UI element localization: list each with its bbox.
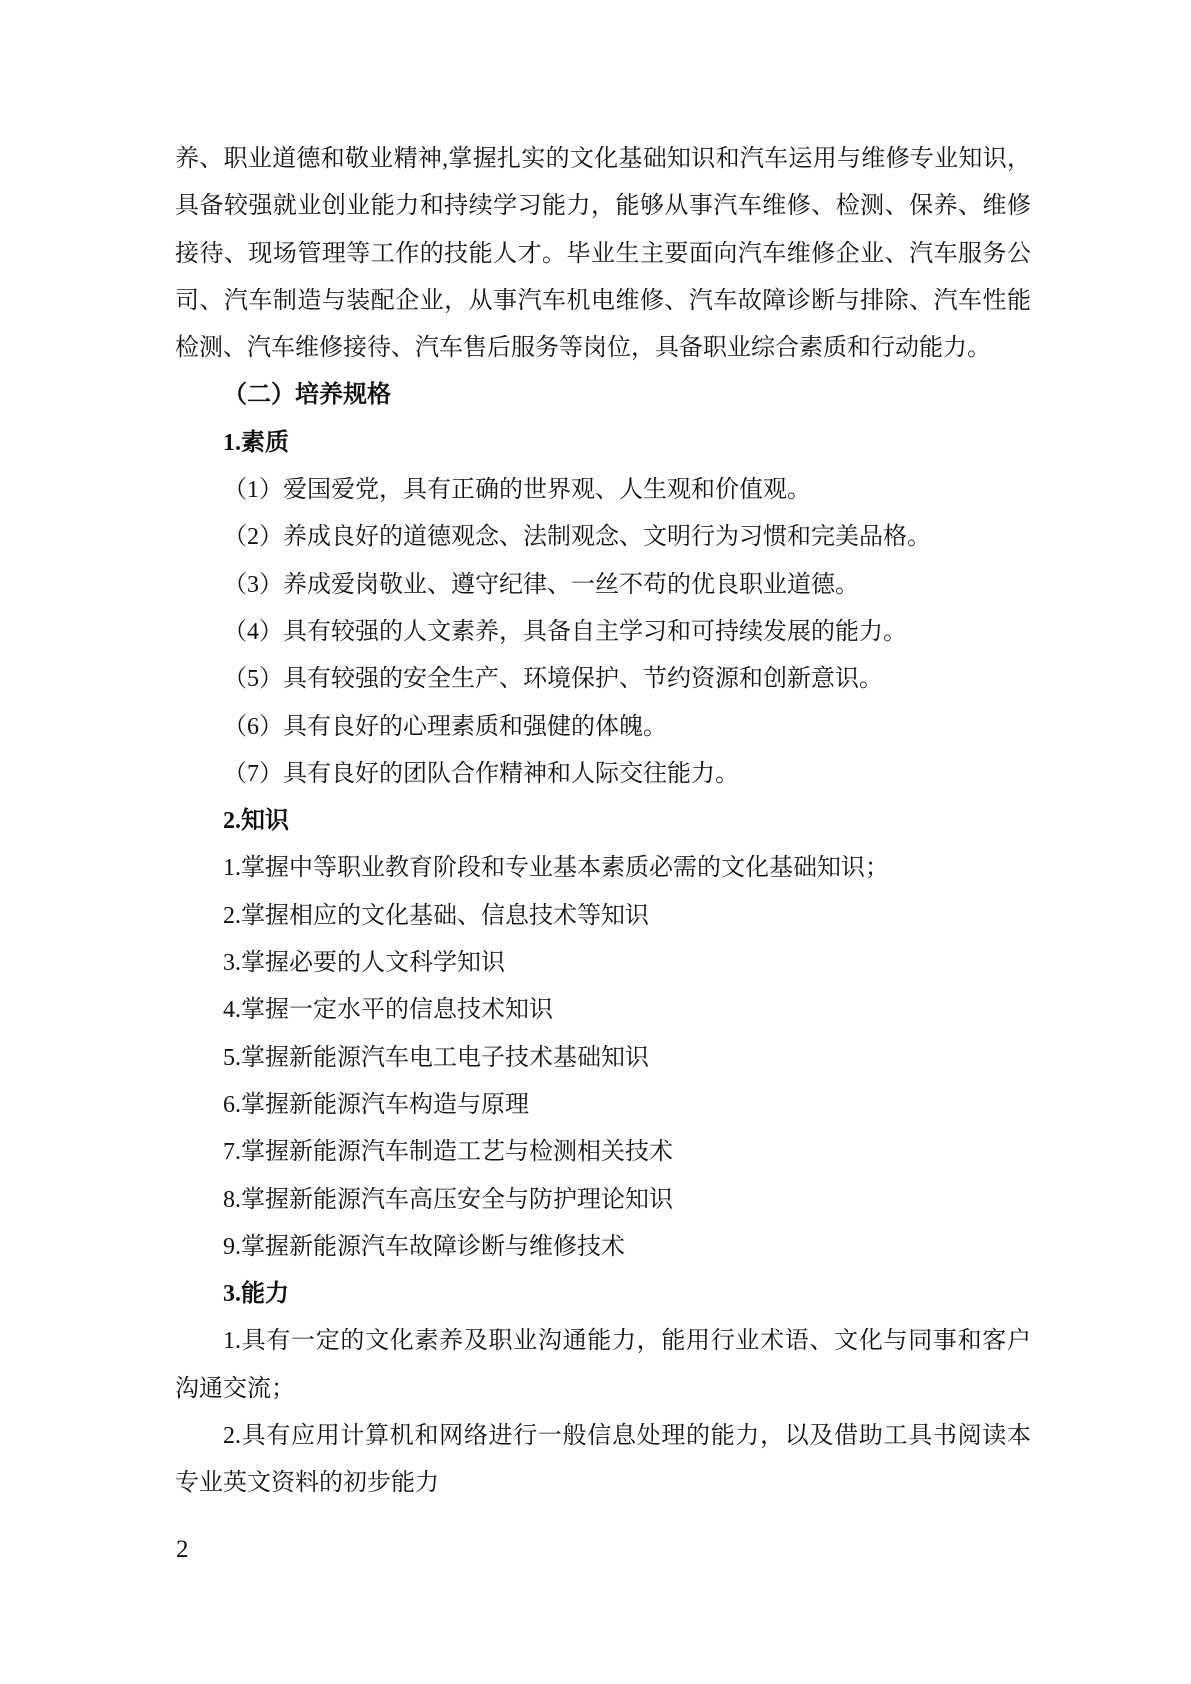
list-item: （4）具有较强的人文素养，具备自主学习和可持续发展的能力。 bbox=[175, 609, 1031, 656]
list-item: 7.掌握新能源汽车制造工艺与检测相关技术 bbox=[175, 1129, 1031, 1176]
list-item: 3.掌握必要的人文科学知识 bbox=[175, 940, 1031, 987]
list-item: 8.掌握新能源汽车高压安全与防护理论知识 bbox=[175, 1177, 1031, 1224]
list-item: （7）具有良好的团队合作精神和人际交往能力。 bbox=[175, 751, 1031, 798]
list-item: （6）具有良好的心理素质和强健的体魄。 bbox=[175, 704, 1031, 751]
section-heading: （二）培养规格 bbox=[175, 372, 1031, 419]
subsection-heading-suzhi: 1.素质 bbox=[175, 420, 1031, 467]
list-item: 5.掌握新能源汽车电工电子技术基础知识 bbox=[175, 1035, 1031, 1082]
intro-paragraph: 养、职业道德和敬业精神,掌握扎实的文化基础知识和汽车运用与维修专业知识，具备较强… bbox=[175, 136, 1031, 372]
list-item: 2.掌握相应的文化基础、信息技术等知识 bbox=[175, 893, 1031, 940]
document-body: 养、职业道德和敬业精神,掌握扎实的文化基础知识和汽车运用与维修专业知识，具备较强… bbox=[175, 136, 1031, 1508]
document-page: 养、职业道德和敬业精神,掌握扎实的文化基础知识和汽车运用与维修专业知识，具备较强… bbox=[0, 0, 1191, 1684]
list-item: 1.具有一定的文化素养及职业沟通能力，能用行业术语、文化与同事和客户沟通交流； bbox=[175, 1318, 1031, 1413]
page-number: 2 bbox=[176, 1535, 189, 1565]
list-item: 4.掌握一定水平的信息技术知识 bbox=[175, 987, 1031, 1034]
list-item: （3）养成爱岗敬业、遵守纪律、一丝不苟的优良职业道德。 bbox=[175, 562, 1031, 609]
list-item: 2.具有应用计算机和网络进行一般信息处理的能力，以及借助工具书阅读本专业英文资料… bbox=[175, 1413, 1031, 1508]
list-item: 6.掌握新能源汽车构造与原理 bbox=[175, 1082, 1031, 1129]
list-item: （1）爱国爱党，具有正确的世界观、人生观和价值观。 bbox=[175, 467, 1031, 514]
list-item: 9.掌握新能源汽车故障诊断与维修技术 bbox=[175, 1224, 1031, 1271]
list-item: 1.掌握中等职业教育阶段和专业基本素质必需的文化基础知识； bbox=[175, 845, 1031, 892]
subsection-heading-zhishi: 2.知识 bbox=[175, 798, 1031, 845]
list-item: （2）养成良好的道德观念、法制观念、文明行为习惯和完美品格。 bbox=[175, 514, 1031, 561]
subsection-heading-nengli: 3.能力 bbox=[175, 1271, 1031, 1318]
list-item: （5）具有较强的安全生产、环境保护、节约资源和创新意识。 bbox=[175, 656, 1031, 703]
